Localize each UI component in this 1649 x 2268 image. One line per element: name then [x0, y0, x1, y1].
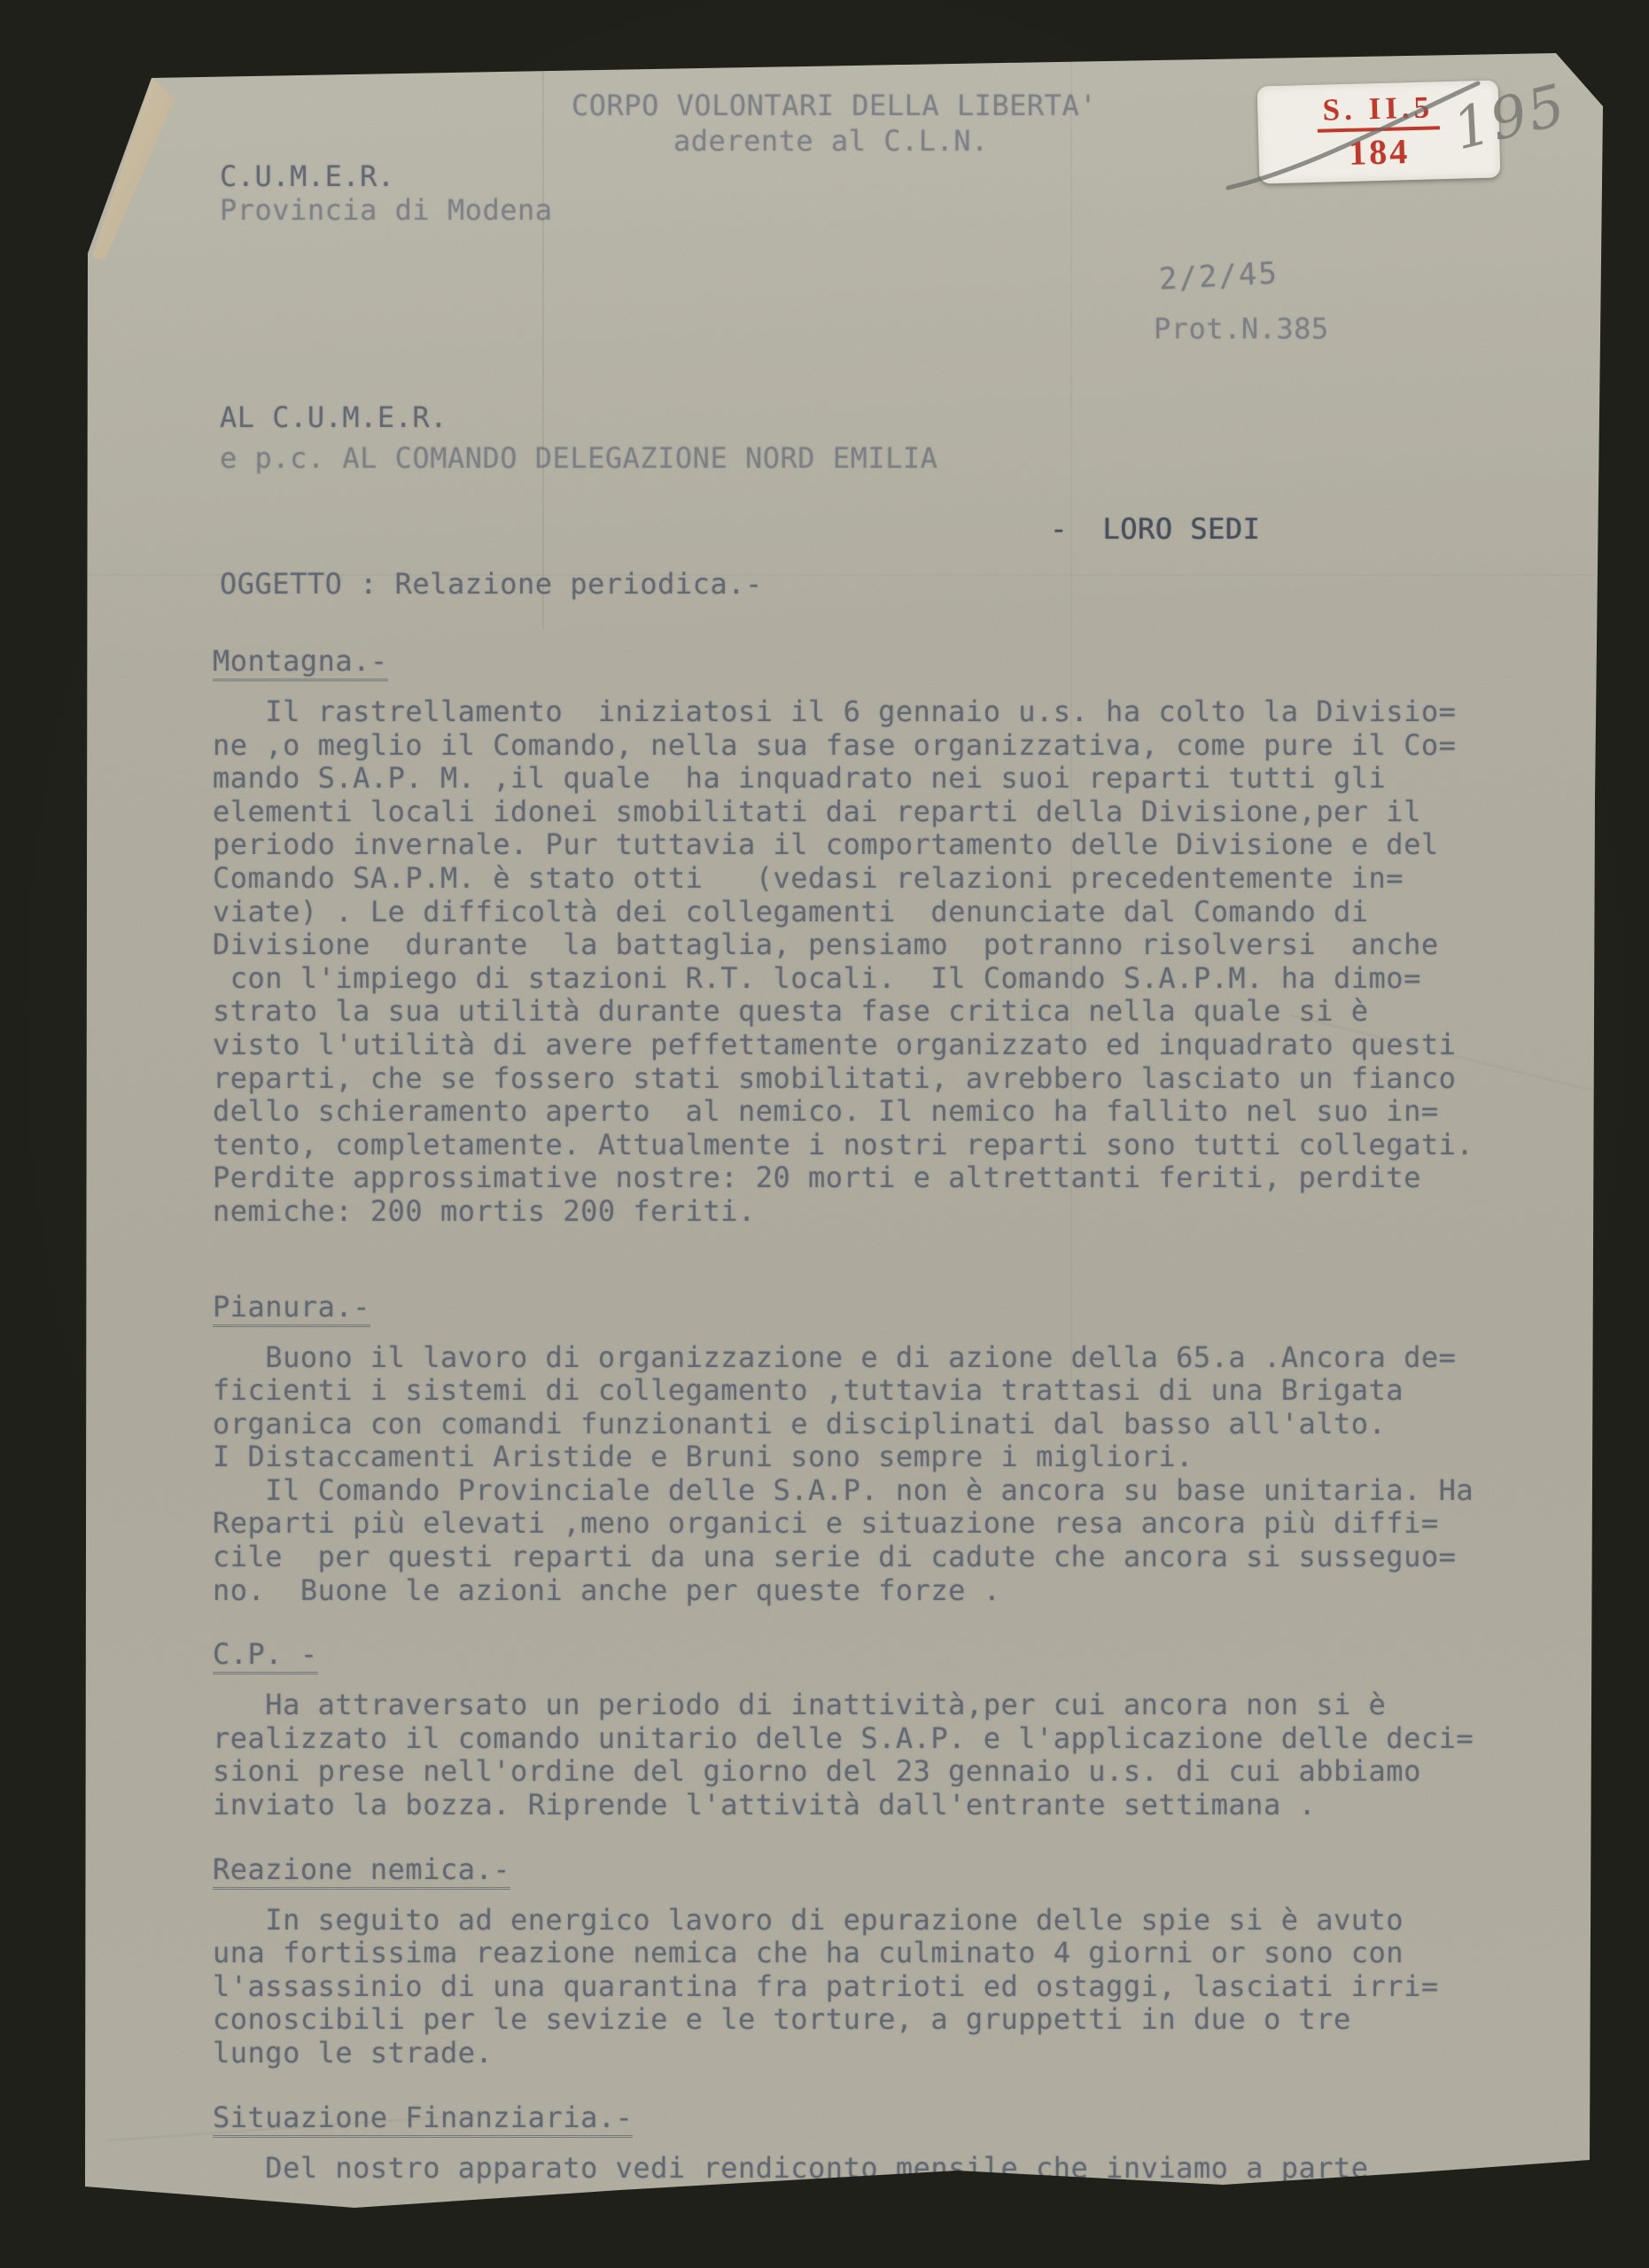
- section-paragraph: Ha attraversato un periodo di inattività…: [213, 1689, 1524, 1821]
- horizontal-crease: [89, 574, 1595, 576]
- vertical-crease: [1070, 55, 1072, 1384]
- report-body: Montagna.- Il rastrellamento iniziatosi …: [213, 645, 1524, 2185]
- scanned-document-photo: { "archival_label": { "line1": "S. II.5"…: [0, 0, 1649, 2268]
- report-section: Pianura.- Buono il lavoro di organizzazi…: [213, 1291, 1524, 1608]
- diagonal-crease: [106, 2113, 478, 2141]
- protocol-number: Prot.N.385: [1154, 312, 1329, 346]
- section-heading: C.P. -: [213, 1638, 318, 1674]
- org-subtitle: aderente al C.L.N.: [673, 124, 989, 158]
- section-paragraph: Buono il lavoro di organizzazione e di a…: [213, 1341, 1524, 1608]
- section-heading: Situazione Finanziaria.-: [213, 2101, 633, 2138]
- section-paragraph: In seguito ad energico lavoro di epurazi…: [213, 1904, 1524, 2070]
- section-heading: Pianura.-: [213, 1291, 370, 1327]
- sticker-folio-number: 184: [1349, 132, 1411, 173]
- report-section: Situazione Finanziaria.- Del nostro appa…: [213, 2101, 1524, 2186]
- report-section: C.P. - Ha attraversato un periodo di ina…: [213, 1638, 1524, 1821]
- org-title: CORPO VOLONTARI DELLA LIBERTA': [572, 89, 1097, 122]
- vertical-crease: [542, 62, 544, 629]
- handwritten-date: 2/2/45: [1158, 255, 1280, 297]
- recipient-line-1: AL C.U.M.E.R.: [220, 400, 447, 434]
- section-paragraph: Del nostro apparato vedi rendiconto mens…: [213, 2152, 1524, 2186]
- sticker-series-number: S. II.5: [1317, 90, 1440, 133]
- report-section: Reazione nemica.- In seguito ad energico…: [213, 1853, 1524, 2070]
- subject-line: OGGETTO : Relazione periodica.-: [220, 567, 763, 601]
- diagonal-crease: [1289, 1014, 1616, 1098]
- sender-org: C.U.M.E.R.: [220, 159, 395, 193]
- section-heading: Reazione nemica.-: [213, 1853, 510, 1890]
- section-heading: Montagna.-: [213, 645, 388, 681]
- recipient-location: - LORO SEDI: [1050, 512, 1260, 546]
- sender-province: Provincia di Modena: [220, 193, 553, 227]
- recipient-line-2: e p.c. AL COMANDO DELEGAZIONE NORD EMILI…: [220, 441, 937, 475]
- paper-sheet: CORPO VOLONTARI DELLA LIBERTA' aderente …: [0, 0, 1649, 2268]
- report-section: Montagna.- Il rastrellamento iniziatosi …: [213, 645, 1524, 1229]
- paper-texture: [0, 0, 1649, 2268]
- section-paragraph: Il rastrellamento iniziatosi il 6 gennai…: [213, 695, 1524, 1229]
